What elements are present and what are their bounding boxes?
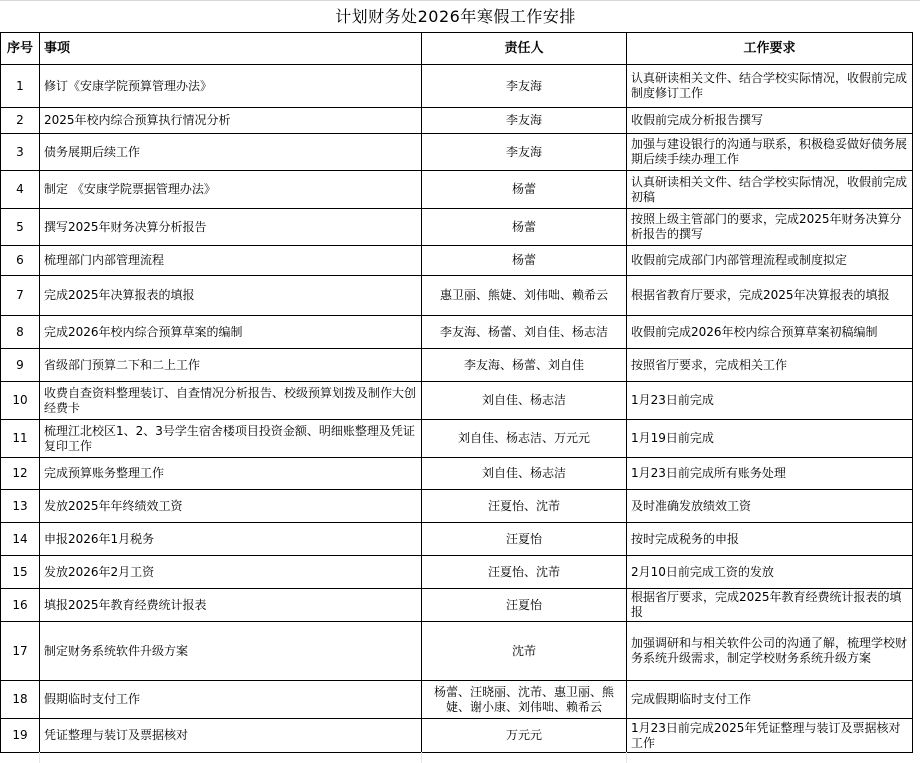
table-row: 15 发放2026年2月工资 汪夏怡、沈芾 2月10日前完成工资的发放 (1, 556, 913, 589)
cell-item[interactable]: 发放2025年年终绩效工资 (40, 490, 422, 523)
cell-requirement[interactable]: 按照上级主管部门的要求，完成2025年财务决算分析报告的撰写 (627, 209, 913, 246)
cell-requirement[interactable]: 认真研读相关文件、结合学校实际情况，收假前完成初稿 (627, 171, 913, 209)
cell-responsible[interactable]: 杨蕾 (422, 246, 627, 276)
cell-item[interactable]: 假期临时支付工作 (40, 681, 422, 719)
cell-requirement[interactable]: 收假前完成2026年校内综合预算草案初稿编制 (627, 316, 913, 349)
cell-item[interactable]: 省级部门预算二下和二上工作 (40, 349, 422, 382)
cell-item[interactable]: 梳理江北校区1、2、3号学生宿舍楼项目投资金额、明细账整理及凭证复印工作 (40, 420, 422, 458)
cell-item[interactable]: 凭证整理与装订及票据核对 (40, 719, 422, 753)
cell-no[interactable]: 8 (1, 316, 40, 349)
cell-requirement[interactable]: 根据省教育厅要求，完成2025年决算报表的填报 (627, 276, 913, 316)
cell-item[interactable]: 填报2025年教育经费统计报表 (40, 589, 422, 622)
table-row: 10 收费自查资料整理装订、自查情况分析报告、校级预算划拨及制作大创经费卡 刘自… (1, 382, 913, 420)
cell-responsible[interactable]: 汪夏怡、沈芾 (422, 490, 627, 523)
cell-responsible[interactable]: 刘自佳、杨志洁、万元元 (422, 420, 627, 458)
table-row: 9 省级部门预算二下和二上工作 李友海、杨蕾、刘自佳 按照省厅要求，完成相关工作 (1, 349, 913, 382)
cell-item[interactable]: 完成2026年校内综合预算草案的编制 (40, 316, 422, 349)
cell-requirement[interactable]: 完成假期临时支付工作 (627, 681, 913, 719)
cell-no[interactable]: 12 (1, 458, 40, 490)
cell-responsible[interactable]: 杨蕾、汪晓丽、沈芾、惠卫丽、熊婕、谢小康、刘伟咄、赖希云 (422, 681, 627, 719)
table-row: 14 申报2026年1月税务 汪夏怡 按时完成税务的申报 (1, 523, 913, 556)
cell-no[interactable]: 7 (1, 276, 40, 316)
cell-no[interactable]: 18 (1, 681, 40, 719)
cell-no[interactable]: 17 (1, 622, 40, 681)
cell-responsible[interactable]: 杨蕾 (422, 209, 627, 246)
cell-no[interactable]: 19 (1, 719, 40, 753)
cell-item[interactable]: 债务展期后续工作 (40, 134, 422, 171)
cell-responsible[interactable]: 汪夏怡 (422, 589, 627, 622)
table-row: 2 2025年校内综合预算执行情况分析 李友海 收假前完成分析报告撰写 (1, 108, 913, 134)
cell-responsible[interactable]: 李友海、杨蕾、刘自佳 (422, 349, 627, 382)
cell-no[interactable]: 10 (1, 382, 40, 420)
cell-item[interactable]: 制定 《安康学院票据管理办法》 (40, 171, 422, 209)
cell-responsible[interactable]: 惠卫丽、熊婕、刘伟咄、赖希云 (422, 276, 627, 316)
cell-responsible[interactable]: 李友海、杨蕾、刘自佳、杨志洁 (422, 316, 627, 349)
cell-requirement[interactable]: 按时完成税务的申报 (627, 523, 913, 556)
table-row: 4 制定 《安康学院票据管理办法》 杨蕾 认真研读相关文件、结合学校实际情况，收… (1, 171, 913, 209)
work-arrangement-table: 序号 事项 责任人 工作要求 1 修订《安康学院预算管理办法》 李友海 认真研读… (0, 32, 913, 753)
cell-requirement[interactable]: 1月23日前完成 (627, 382, 913, 420)
column-header-responsible[interactable]: 责任人 (422, 33, 627, 65)
cell-item[interactable]: 完成预算账务整理工作 (40, 458, 422, 490)
cell-item[interactable]: 完成2025年决算报表的填报 (40, 276, 422, 316)
cell-requirement[interactable]: 及时准确发放绩效工资 (627, 490, 913, 523)
table-row: 13 发放2025年年终绩效工资 汪夏怡、沈芾 及时准确发放绩效工资 (1, 490, 913, 523)
table-row: 18 假期临时支付工作 杨蕾、汪晓丽、沈芾、惠卫丽、熊婕、谢小康、刘伟咄、赖希云… (1, 681, 913, 719)
empty-gridline (421, 752, 422, 763)
table-row: 12 完成预算账务整理工作 刘自佳、杨志洁 1月23日前完成所有账务处理 (1, 458, 913, 490)
cell-no[interactable]: 3 (1, 134, 40, 171)
cell-responsible[interactable]: 万元元 (422, 719, 627, 753)
cell-no[interactable]: 11 (1, 420, 40, 458)
cell-responsible[interactable]: 李友海 (422, 134, 627, 171)
cell-responsible[interactable]: 李友海 (422, 108, 627, 134)
cell-requirement[interactable]: 按照省厅要求，完成相关工作 (627, 349, 913, 382)
table-row: 5 撰写2025年财务决算分析报告 杨蕾 按照上级主管部门的要求，完成2025年… (1, 209, 913, 246)
table-row: 1 修订《安康学院预算管理办法》 李友海 认真研读相关文件、结合学校实际情况，收… (1, 65, 913, 108)
cell-requirement[interactable]: 加强调研和与相关软件公司的沟通了解，梳理学校财务系统升级需求，制定学校财务系统升… (627, 622, 913, 681)
header-row: 序号 事项 责任人 工作要求 (1, 33, 913, 65)
cell-item[interactable]: 制定财务系统软件升级方案 (40, 622, 422, 681)
cell-requirement[interactable]: 认真研读相关文件、结合学校实际情况，收假前完成制度修订工作 (627, 65, 913, 108)
cell-no[interactable]: 15 (1, 556, 40, 589)
cell-no[interactable]: 16 (1, 589, 40, 622)
cell-item[interactable]: 发放2026年2月工资 (40, 556, 422, 589)
cell-requirement[interactable]: 加强与建设银行的沟通与联系，积极稳妥做好债务展期后续手续办理工作 (627, 134, 913, 171)
cell-responsible[interactable]: 汪夏怡、沈芾 (422, 556, 627, 589)
cell-requirement[interactable]: 2月10日前完成工资的发放 (627, 556, 913, 589)
cell-no[interactable]: 6 (1, 246, 40, 276)
cell-item[interactable]: 梳理部门内部管理流程 (40, 246, 422, 276)
sheet-title: 计划财务处2026年寒假工作安排 (0, 1, 911, 32)
column-header-item[interactable]: 事项 (40, 33, 422, 65)
table-row: 19 凭证整理与装订及票据核对 万元元 1月23日前完成2025年凭证整理与装订… (1, 719, 913, 753)
table-row: 8 完成2026年校内综合预算草案的编制 李友海、杨蕾、刘自佳、杨志洁 收假前完… (1, 316, 913, 349)
cell-no[interactable]: 9 (1, 349, 40, 382)
cell-responsible[interactable]: 汪夏怡 (422, 523, 627, 556)
cell-no[interactable]: 5 (1, 209, 40, 246)
cell-no[interactable]: 14 (1, 523, 40, 556)
cell-requirement[interactable]: 1月23日前完成所有账务处理 (627, 458, 913, 490)
column-header-requirement[interactable]: 工作要求 (627, 33, 913, 65)
table-row: 11 梳理江北校区1、2、3号学生宿舍楼项目投资金额、明细账整理及凭证复印工作 … (1, 420, 913, 458)
table-row: 17 制定财务系统软件升级方案 沈芾 加强调研和与相关软件公司的沟通了解，梳理学… (1, 622, 913, 681)
cell-item[interactable]: 2025年校内综合预算执行情况分析 (40, 108, 422, 134)
cell-requirement[interactable]: 1月23日前完成2025年凭证整理与装订及票据核对工作 (627, 719, 913, 753)
cell-responsible[interactable]: 沈芾 (422, 622, 627, 681)
cell-item[interactable]: 修订《安康学院预算管理办法》 (40, 65, 422, 108)
cell-responsible[interactable]: 李友海 (422, 65, 627, 108)
cell-no[interactable]: 13 (1, 490, 40, 523)
cell-responsible[interactable]: 刘自佳、杨志洁 (422, 458, 627, 490)
cell-requirement[interactable]: 收假前完成分析报告撰写 (627, 108, 913, 134)
empty-gridline (626, 752, 627, 763)
cell-requirement[interactable]: 收假前完成部门内部管理流程或制度拟定 (627, 246, 913, 276)
cell-responsible[interactable]: 刘自佳、杨志洁 (422, 382, 627, 420)
cell-no[interactable]: 4 (1, 171, 40, 209)
table-row: 16 填报2025年教育经费统计报表 汪夏怡 根据省厅要求，完成2025年教育经… (1, 589, 913, 622)
table-row: 6 梳理部门内部管理流程 杨蕾 收假前完成部门内部管理流程或制度拟定 (1, 246, 913, 276)
cell-no[interactable]: 1 (1, 65, 40, 108)
table-row: 7 完成2025年决算报表的填报 惠卫丽、熊婕、刘伟咄、赖希云 根据省教育厅要求… (1, 276, 913, 316)
cell-item[interactable]: 撰写2025年财务决算分析报告 (40, 209, 422, 246)
cell-no[interactable]: 2 (1, 108, 40, 134)
cell-item[interactable]: 申报2026年1月税务 (40, 523, 422, 556)
cell-requirement[interactable]: 根据省厅要求，完成2025年教育经费统计报表的填报 (627, 589, 913, 622)
cell-requirement[interactable]: 1月19日前完成 (627, 420, 913, 458)
column-header-no[interactable]: 序号 (1, 33, 40, 65)
empty-gridline (39, 752, 40, 763)
table-row: 3 债务展期后续工作 李友海 加强与建设银行的沟通与联系，积极稳妥做好债务展期后… (1, 134, 913, 171)
cell-item[interactable]: 收费自查资料整理装订、自查情况分析报告、校级预算划拨及制作大创经费卡 (40, 382, 422, 420)
cell-responsible[interactable]: 杨蕾 (422, 171, 627, 209)
